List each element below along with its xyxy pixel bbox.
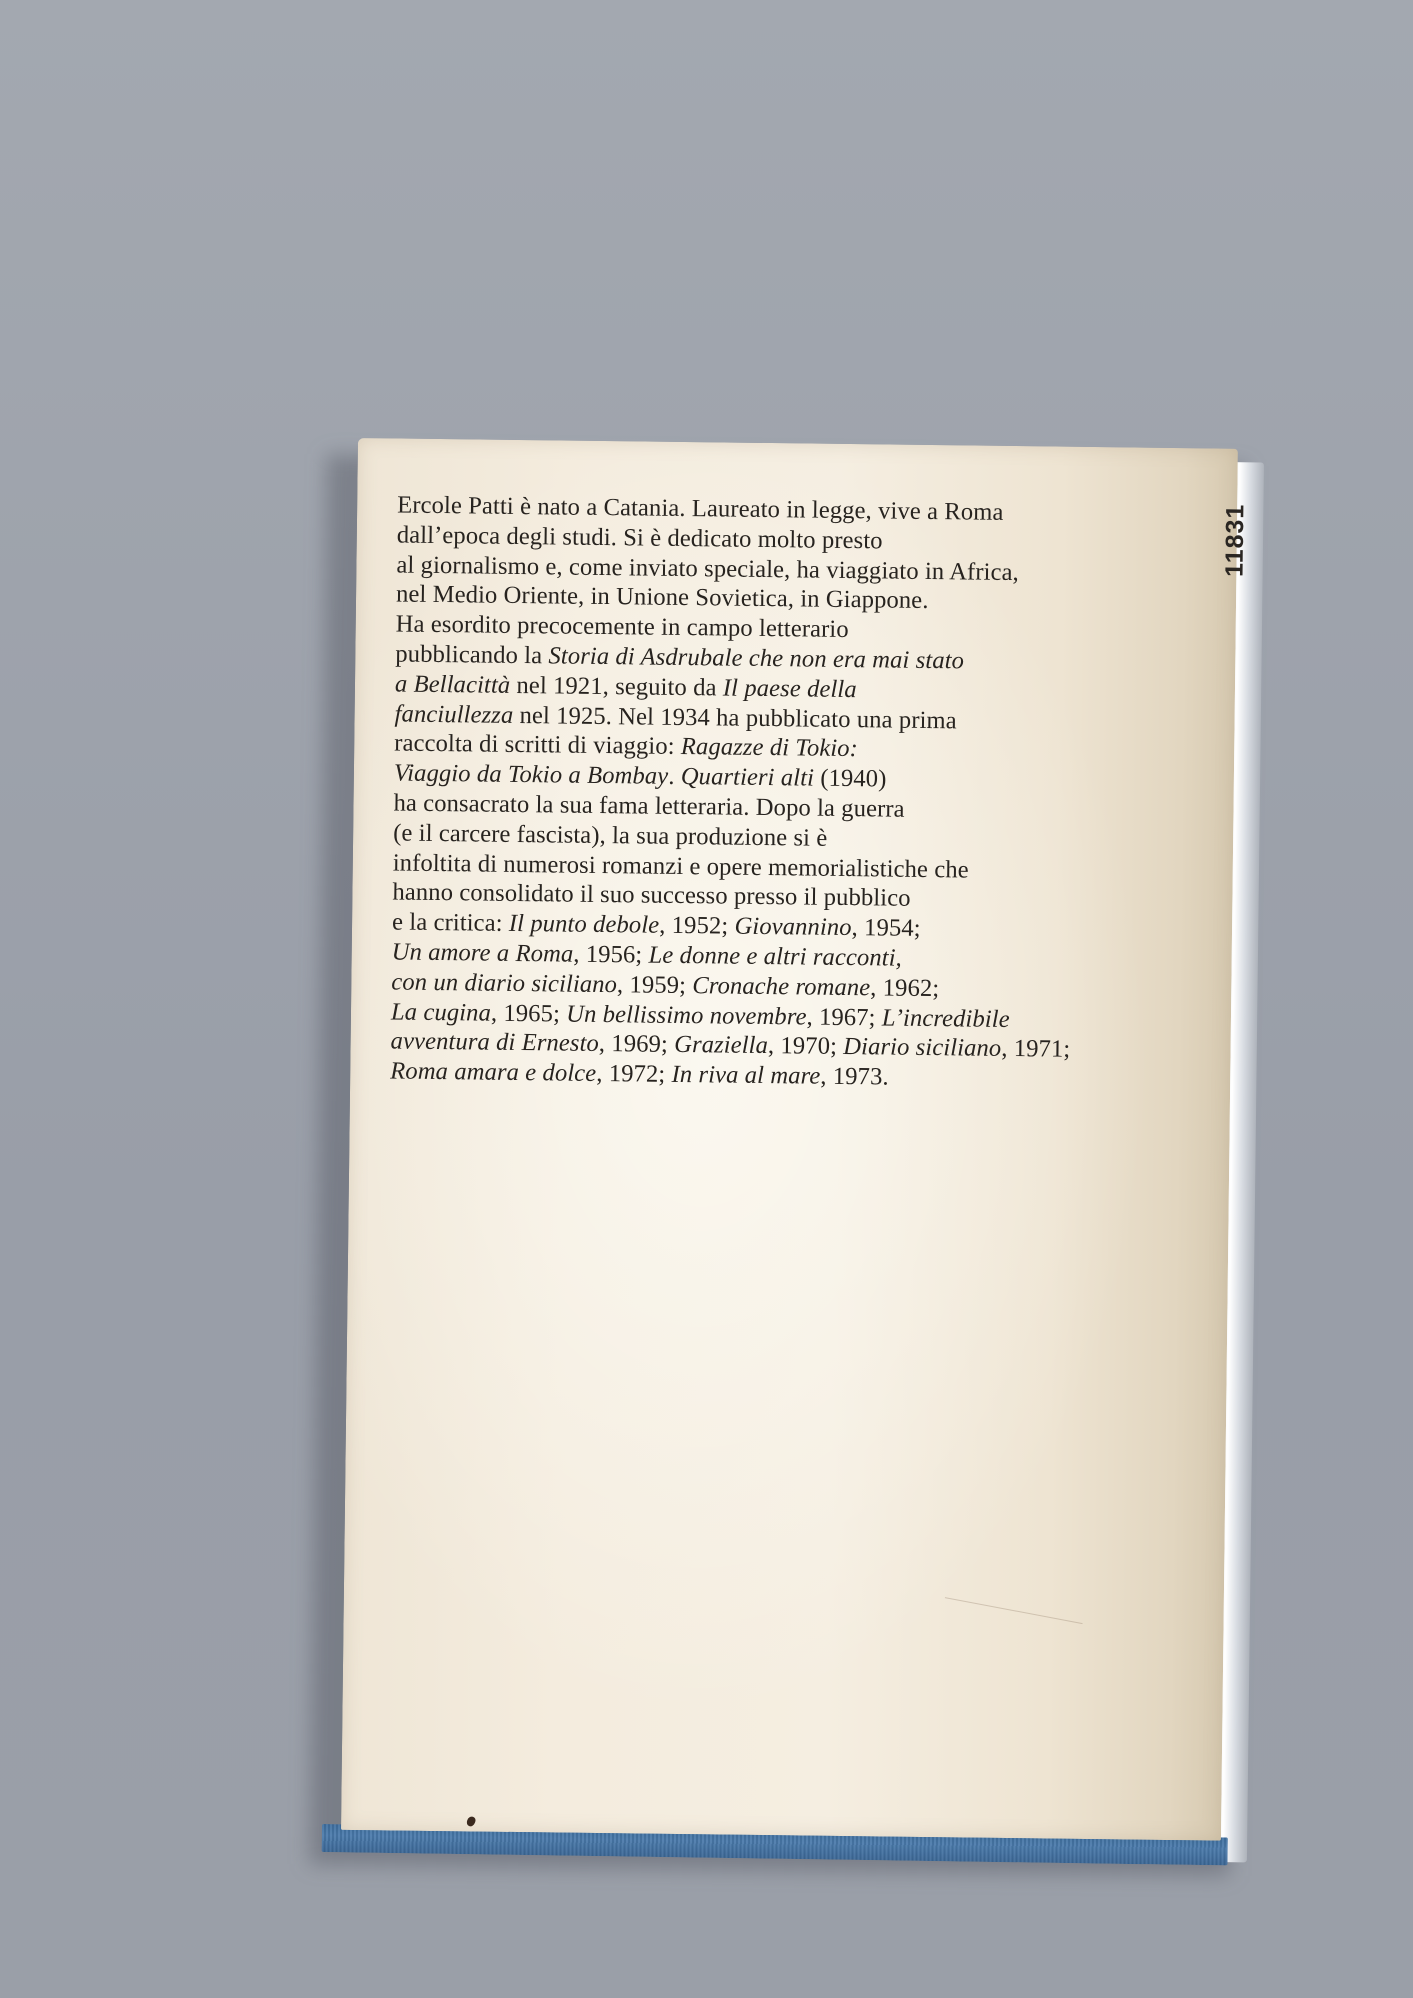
bio-text: , 1956; xyxy=(573,941,649,969)
bio-text: , 1954; xyxy=(851,914,920,942)
book-title-italic: Il paese della xyxy=(723,674,857,703)
book-back-cover: 11831 Ercole Patti è nato a Catania. Lau… xyxy=(341,438,1238,1841)
bio-text: , 1952; xyxy=(659,912,735,940)
bio-text: dall’epoca degli studi. Si è dedicato mo… xyxy=(397,521,883,554)
book-title-italic: Un amore a Roma xyxy=(392,938,574,967)
bio-text: , 1973. xyxy=(820,1063,889,1091)
bio-text: nel Medio Oriente, in Unione Sovietica, … xyxy=(396,581,929,615)
scanned-page: 11831 Ercole Patti è nato a Catania. Lau… xyxy=(0,0,1413,1998)
bio-text: hanno consolidato il suo successo presso… xyxy=(392,879,910,912)
bio-text: raccolta di scritti di viaggio: xyxy=(394,730,681,760)
book-title-italic: a Bellacittà xyxy=(395,670,511,698)
bio-text: e la critica: xyxy=(392,909,509,937)
bio-text: nel 1925. Nel 1934 ha pubblicato una pri… xyxy=(513,701,957,733)
book-title-italic: In riva al mare xyxy=(671,1061,820,1090)
bio-text: (1940) xyxy=(814,765,887,793)
book-title-italic: Quartieri alti xyxy=(681,763,815,792)
bio-text: pubblicando la xyxy=(395,640,548,669)
book-title-italic: con un diario siciliano xyxy=(391,968,617,998)
book-title-italic: Cronache romane xyxy=(692,972,870,1001)
book-title-italic: Giovannino xyxy=(734,913,851,941)
book-title-italic: Graziella xyxy=(674,1031,768,1059)
book-title-italic: Le donne e altri racconti, xyxy=(648,942,902,972)
book-title-italic: Viaggio da Tokio a Bombay xyxy=(394,760,669,790)
bio-text: , 1970; xyxy=(768,1032,844,1060)
bio-text: , 1967; xyxy=(806,1003,882,1031)
bio-text: ha consacrato la sua fama letteraria. Do… xyxy=(393,789,904,822)
book-title-italic: fanciullezza xyxy=(394,700,513,728)
book-title-italic: avventura di Ernesto xyxy=(390,1028,599,1058)
book-title-italic: La cugina xyxy=(391,998,491,1026)
bio-text: nel 1921, seguito da xyxy=(510,672,723,702)
book-title-italic: Roma amara e dolce xyxy=(390,1058,596,1088)
bio-text: . xyxy=(668,763,681,790)
bio-text: , 1959; xyxy=(617,971,693,999)
author-biography: Ercole Patti è nato a Catania. Laureato … xyxy=(390,490,1177,1095)
bio-text: , 1962; xyxy=(870,974,939,1002)
bio-text: , 1972; xyxy=(596,1060,672,1088)
stain-mark xyxy=(466,1815,477,1827)
bio-text: , 1969; xyxy=(599,1030,675,1058)
book-title-italic: Storia di Asdrubale che non era mai stat… xyxy=(548,642,964,674)
book-title-italic: Un bellissimo novembre xyxy=(566,1000,807,1030)
bio-text: (e il carcere fascista), la sua produzio… xyxy=(393,819,828,851)
book-title-italic: Il punto debole xyxy=(509,910,660,939)
bio-text: , 1971; xyxy=(1001,1035,1070,1063)
book-title-italic: Diario siciliano xyxy=(843,1033,1001,1062)
surface-scratch xyxy=(945,1597,1083,1624)
book-title-italic: L’incredibile xyxy=(882,1004,1010,1033)
bio-text: , 1965; xyxy=(491,999,567,1027)
catalog-number: 11831 xyxy=(1220,504,1250,577)
book-title-italic: Ragazze di Tokio: xyxy=(681,733,858,762)
bio-text: Ha esordito precocemente in campo letter… xyxy=(396,611,849,644)
